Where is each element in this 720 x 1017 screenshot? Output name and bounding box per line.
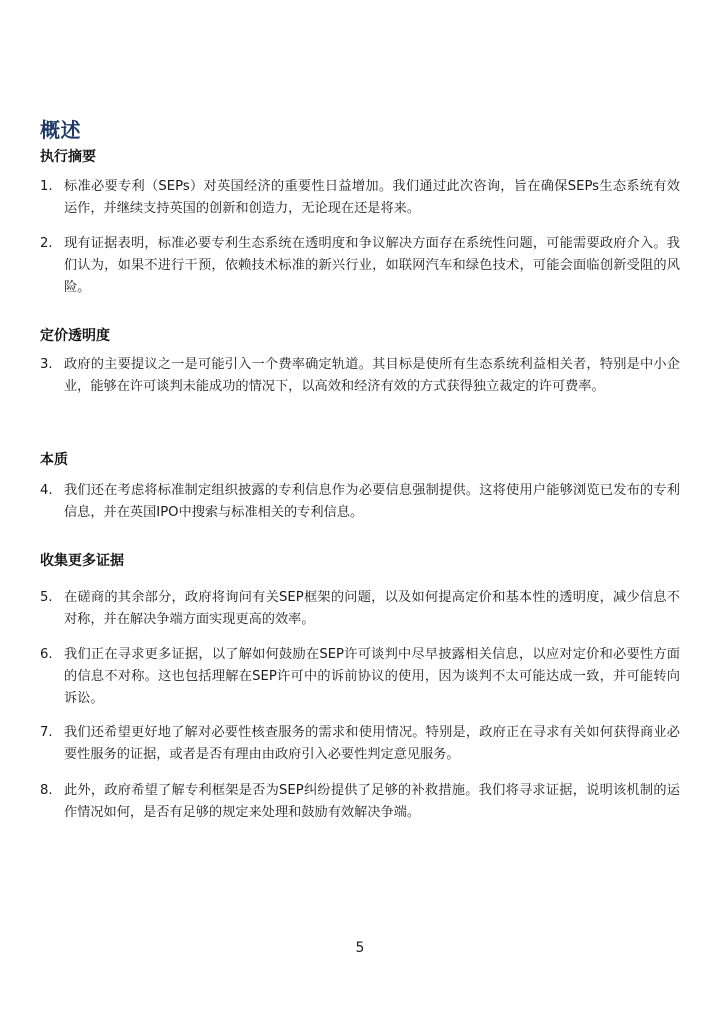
item-number: 2. [40,233,64,255]
list-item-8: 8. 此外，政府希望了解专利框架是否为SEP纠纷提供了足够的补救措施。我们将寻求… [40,780,680,824]
page-number: 5 [0,940,720,956]
list-item-6: 6. 我们正在寻求更多证据，以了解如何鼓励在SEP许可谈判中尽早披露相关信息，以… [40,644,680,710]
item-text: 在磋商的其余部分，政府将询问有关SEP框架的问题，以及如何提高定价和基本性的透明… [64,587,680,631]
page-title: 概述 [40,114,81,143]
list-item-5: 5. 在磋商的其余部分，政府将询问有关SEP框架的问题，以及如何提高定价和基本性… [40,587,680,631]
list-item-3: 3. 政府的主要提议之一是可能引入一个费率确定轨道。其目标是使所有生态系统利益相… [40,354,680,398]
section-heading-pricing-transparency: 定价透明度 [40,325,110,345]
item-number: 5. [40,587,64,609]
item-text: 标准必要专利（SEPs）对英国经济的重要性日益增加。我们通过此次咨询，旨在确保S… [64,176,680,220]
list-item-2: 2. 现有证据表明，标准必要专利生态系统在透明度和争议解决方面存在系统性问题，可… [40,233,680,299]
item-text: 政府的主要提议之一是可能引入一个费率确定轨道。其目标是使所有生态系统利益相关者，… [64,354,680,398]
list-item-7: 7. 我们还希望更好地了解对必要性核查服务的需求和使用情况。特别是，政府正在寻求… [40,722,680,766]
item-number: 3. [40,354,64,376]
item-text: 此外，政府希望了解专利框架是否为SEP纠纷提供了足够的补救措施。我们将寻求证据，… [64,780,680,824]
document-page: 概述 执行摘要 1. 标准必要专利（SEPs）对英国经济的重要性日益增加。我们通… [0,0,720,1017]
section-heading-gathering-evidence: 收集更多证据 [40,550,124,570]
item-text: 现有证据表明，标准必要专利生态系统在透明度和争议解决方面存在系统性问题，可能需要… [64,233,680,299]
item-number: 7. [40,722,64,744]
item-number: 1. [40,176,64,198]
list-item-4: 4. 我们还在考虑将标准制定组织披露的专利信息作为必要信息强制提供。这将使用户能… [40,480,680,524]
item-text: 我们还在考虑将标准制定组织披露的专利信息作为必要信息强制提供。这将使用户能够浏览… [64,480,680,524]
item-text: 我们还希望更好地了解对必要性核查服务的需求和使用情况。特别是，政府正在寻求有关如… [64,722,680,766]
item-number: 4. [40,480,64,502]
item-number: 6. [40,644,64,666]
item-text: 我们正在寻求更多证据，以了解如何鼓励在SEP许可谈判中尽早披露相关信息，以应对定… [64,644,680,710]
item-number: 8. [40,780,64,802]
list-item-1: 1. 标准必要专利（SEPs）对英国经济的重要性日益增加。我们通过此次咨询，旨在… [40,176,680,220]
section-heading-essentiality: 本质 [40,449,68,469]
section-heading-executive-summary: 执行摘要 [40,146,96,166]
